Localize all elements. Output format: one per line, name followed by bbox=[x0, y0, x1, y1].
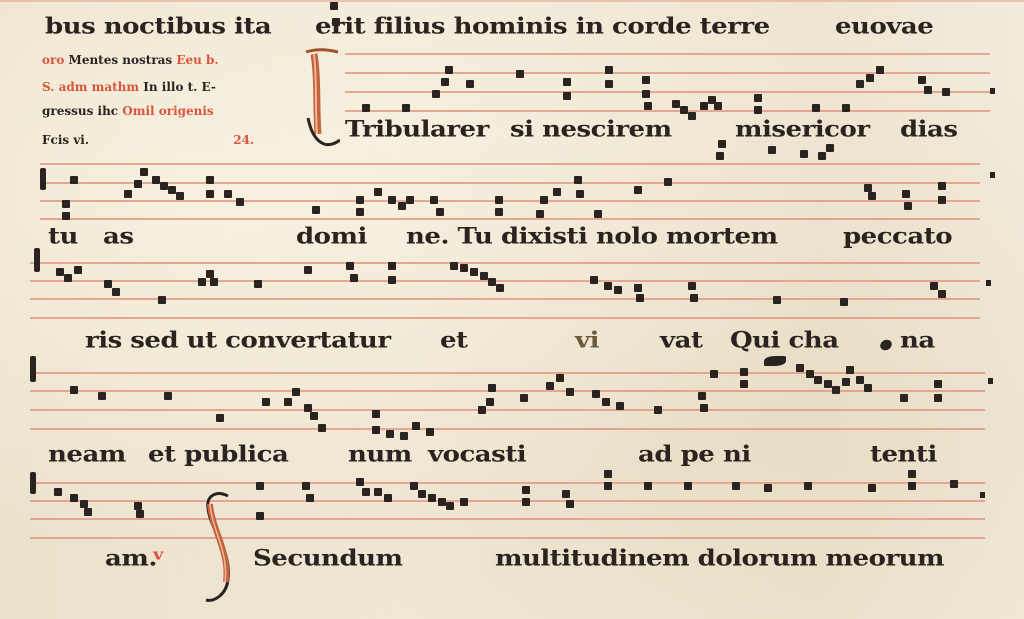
neume-note bbox=[418, 490, 426, 498]
neume-note bbox=[62, 200, 70, 208]
neume-note bbox=[590, 276, 598, 284]
neume-note bbox=[478, 406, 486, 414]
neume-note bbox=[576, 190, 584, 198]
neume-note bbox=[388, 262, 396, 270]
staff-line bbox=[345, 110, 990, 112]
neume-note bbox=[688, 112, 696, 120]
neume-note bbox=[714, 102, 722, 110]
neume-note bbox=[864, 184, 872, 192]
neume-note bbox=[362, 104, 370, 112]
neume-note bbox=[605, 80, 613, 88]
neume-note bbox=[304, 266, 312, 274]
neume-note bbox=[256, 482, 264, 490]
neume-note bbox=[868, 192, 876, 200]
neume-note bbox=[740, 380, 748, 388]
neume-note bbox=[70, 386, 78, 394]
neume-note bbox=[356, 478, 364, 486]
neume-note bbox=[904, 202, 912, 210]
neume-note bbox=[732, 482, 740, 490]
staff-line bbox=[40, 218, 980, 220]
neume-note bbox=[312, 206, 320, 214]
neume-note bbox=[642, 76, 650, 84]
neume-note bbox=[372, 426, 380, 434]
neume-note bbox=[406, 196, 414, 204]
neume-note bbox=[616, 402, 624, 410]
neume-note bbox=[372, 410, 380, 418]
neume-note bbox=[876, 66, 884, 74]
neume-note bbox=[698, 392, 706, 400]
neume-note bbox=[842, 104, 850, 112]
custos-5 bbox=[980, 492, 985, 498]
staff-line bbox=[30, 372, 985, 374]
staff-line bbox=[30, 500, 985, 502]
neume-note bbox=[176, 192, 184, 200]
neume-note bbox=[346, 262, 354, 270]
neume-note bbox=[930, 282, 938, 290]
neume-note bbox=[644, 102, 652, 110]
manuscript-page: bus noctibus ita erit filius hominis in … bbox=[0, 0, 1024, 619]
neume-note bbox=[520, 394, 528, 402]
c-clef-5 bbox=[30, 472, 36, 494]
neume-note bbox=[824, 380, 832, 388]
neume-note bbox=[574, 176, 582, 184]
neume-note bbox=[388, 196, 396, 204]
rubric-line-1: oro Mentes nostras Eeu b. bbox=[42, 53, 219, 67]
neume-note bbox=[284, 398, 292, 406]
neume-note bbox=[562, 490, 570, 498]
staff-line bbox=[30, 409, 985, 411]
neume-note bbox=[856, 80, 864, 88]
neume-note bbox=[938, 290, 946, 298]
neume-note bbox=[566, 500, 574, 508]
staff-line bbox=[30, 428, 985, 430]
neume-note bbox=[152, 176, 160, 184]
neume-note bbox=[710, 370, 718, 378]
neume-note bbox=[842, 378, 850, 386]
staff-line bbox=[40, 200, 980, 202]
neume-note bbox=[104, 280, 112, 288]
neume-note bbox=[318, 424, 326, 432]
staff-line bbox=[30, 298, 980, 300]
neume-note bbox=[495, 208, 503, 216]
neume-note bbox=[460, 498, 468, 506]
custos-3 bbox=[986, 280, 991, 286]
neume-note bbox=[158, 296, 166, 304]
neume-note bbox=[495, 196, 503, 204]
neume-note bbox=[432, 90, 440, 98]
custos-1 bbox=[990, 88, 995, 94]
neume-note bbox=[402, 104, 410, 112]
staff-line bbox=[30, 280, 980, 282]
neume-note bbox=[356, 196, 364, 204]
neume-note bbox=[262, 398, 270, 406]
neume-note bbox=[466, 80, 474, 88]
neume-note bbox=[441, 78, 449, 86]
neume-note bbox=[428, 494, 436, 502]
neume-note bbox=[350, 274, 358, 282]
neume-note bbox=[210, 278, 218, 286]
staff-line bbox=[345, 91, 990, 93]
staff-line bbox=[345, 53, 990, 55]
staff-line bbox=[30, 262, 980, 264]
neume-note bbox=[198, 278, 206, 286]
neume-note bbox=[140, 168, 148, 176]
neume-note bbox=[826, 144, 834, 152]
neume-note bbox=[604, 282, 612, 290]
neume-note bbox=[934, 394, 942, 402]
neume-note bbox=[700, 404, 708, 412]
neume-note bbox=[522, 498, 530, 506]
neume-note bbox=[446, 502, 454, 510]
neume-note bbox=[430, 196, 438, 204]
neume-note bbox=[614, 286, 622, 294]
ink-blot-2 bbox=[878, 338, 893, 353]
neume-note bbox=[804, 482, 812, 490]
neume-note bbox=[644, 482, 652, 490]
neume-note bbox=[134, 180, 142, 188]
neume-note bbox=[488, 278, 496, 286]
rubric-line-4: Fcis vi. 24. bbox=[42, 133, 254, 147]
c-clef-4 bbox=[30, 356, 36, 382]
neume-note bbox=[908, 470, 916, 478]
neume-note bbox=[516, 70, 524, 78]
neume-note bbox=[563, 78, 571, 86]
neume-note bbox=[388, 276, 396, 284]
neume-note bbox=[636, 294, 644, 302]
staff-line bbox=[345, 72, 990, 74]
neume-note bbox=[605, 66, 613, 74]
neume-note bbox=[754, 94, 762, 102]
neume-note bbox=[664, 178, 672, 186]
neume-note bbox=[654, 406, 662, 414]
neume-note bbox=[386, 430, 394, 438]
neume-note bbox=[450, 262, 458, 270]
staff-line bbox=[30, 390, 985, 392]
custos-2 bbox=[990, 172, 995, 178]
neume-note bbox=[168, 186, 176, 194]
neume-note bbox=[374, 188, 382, 196]
neume-note bbox=[642, 90, 650, 98]
neume-note bbox=[480, 272, 488, 280]
neume-note bbox=[112, 288, 120, 296]
neume-note bbox=[124, 190, 132, 198]
neume-note bbox=[56, 268, 64, 276]
neume-note bbox=[800, 150, 808, 158]
versicle-mark: v bbox=[153, 546, 163, 564]
neume-note bbox=[840, 298, 848, 306]
neume-note bbox=[98, 392, 106, 400]
neume-note bbox=[556, 374, 564, 382]
staff-line bbox=[30, 537, 985, 539]
neume-note bbox=[938, 196, 946, 204]
neume-note bbox=[866, 74, 874, 82]
neume-note bbox=[900, 394, 908, 402]
neume-note bbox=[70, 494, 78, 502]
neume-note bbox=[818, 152, 826, 160]
neume-note bbox=[604, 482, 612, 490]
neume-note bbox=[942, 88, 950, 96]
neume-note bbox=[362, 488, 370, 496]
neume-note bbox=[832, 386, 840, 394]
neume-note bbox=[592, 390, 600, 398]
decorated-initial-S bbox=[198, 490, 238, 605]
neume-note bbox=[302, 482, 310, 490]
rubric-line-2: S. adm mathm In illo t. E- bbox=[42, 80, 216, 94]
neume-note bbox=[426, 428, 434, 436]
staff-line bbox=[40, 182, 980, 184]
neume-note bbox=[486, 398, 494, 406]
neume-note bbox=[206, 190, 214, 198]
neume-note bbox=[216, 414, 224, 422]
neume-note bbox=[80, 500, 88, 508]
neume-note bbox=[224, 190, 232, 198]
custos-4 bbox=[988, 378, 993, 384]
neume-note bbox=[136, 510, 144, 518]
neume-note bbox=[856, 376, 864, 384]
neume-note bbox=[846, 366, 854, 374]
neume-note bbox=[814, 376, 822, 384]
top-ruling bbox=[0, 0, 1024, 2]
neume-note bbox=[934, 380, 942, 388]
neume-note bbox=[812, 104, 820, 112]
neume-note bbox=[634, 186, 642, 194]
ink-blot bbox=[764, 356, 786, 366]
staff-line bbox=[30, 317, 980, 319]
neume-note bbox=[553, 188, 561, 196]
neume-note bbox=[460, 264, 468, 272]
neume-note bbox=[70, 176, 78, 184]
header-word-1: bus noctibus ita bbox=[45, 14, 271, 40]
neume-note bbox=[445, 66, 453, 74]
neume-note bbox=[74, 266, 82, 274]
neume-note bbox=[306, 494, 314, 502]
neume-note bbox=[374, 488, 382, 496]
neume-note bbox=[332, 18, 340, 26]
neume-note bbox=[356, 208, 364, 216]
neume-note bbox=[438, 498, 446, 506]
neume-note bbox=[398, 202, 406, 210]
neume-note bbox=[488, 384, 496, 392]
neume-note bbox=[206, 176, 214, 184]
neume-note bbox=[634, 284, 642, 292]
neume-note bbox=[594, 210, 602, 218]
neume-note bbox=[54, 488, 62, 496]
neume-note bbox=[938, 182, 946, 190]
c-clef-2 bbox=[40, 168, 46, 190]
neume-note bbox=[496, 284, 504, 292]
neume-note bbox=[206, 270, 214, 278]
decorated-initial-T bbox=[300, 48, 340, 148]
neume-note bbox=[410, 482, 418, 490]
neume-note bbox=[522, 486, 530, 494]
neume-note bbox=[384, 494, 392, 502]
neume-note bbox=[690, 294, 698, 302]
rubric-line-3: gressus ihc Omil origenis bbox=[42, 104, 214, 118]
neume-note bbox=[718, 140, 726, 148]
neume-note bbox=[672, 100, 680, 108]
neume-note bbox=[563, 92, 571, 100]
neume-note bbox=[700, 102, 708, 110]
neume-note bbox=[864, 384, 872, 392]
staff-line bbox=[30, 518, 985, 520]
neume-note bbox=[134, 502, 142, 510]
neume-note bbox=[918, 76, 926, 84]
staff-line bbox=[30, 482, 985, 484]
neume-note bbox=[330, 2, 338, 10]
neume-note bbox=[254, 280, 262, 288]
neume-note bbox=[754, 106, 762, 114]
neume-note bbox=[292, 388, 300, 396]
neume-note bbox=[470, 268, 478, 276]
staff-line bbox=[40, 163, 980, 165]
neume-note bbox=[773, 296, 781, 304]
neume-note bbox=[950, 480, 958, 488]
header-word-3: euovae bbox=[835, 14, 933, 40]
neume-note bbox=[304, 404, 312, 412]
neume-note bbox=[902, 190, 910, 198]
neume-note bbox=[908, 482, 916, 490]
neume-note bbox=[806, 370, 814, 378]
neume-note bbox=[602, 398, 610, 406]
header-word-2: erit filius hominis in corde terre bbox=[315, 14, 770, 40]
neume-note bbox=[412, 422, 420, 430]
neume-note bbox=[62, 212, 70, 220]
neume-note bbox=[604, 470, 612, 478]
neume-note bbox=[536, 210, 544, 218]
neume-note bbox=[768, 146, 776, 154]
neume-note bbox=[740, 368, 748, 376]
neume-note bbox=[400, 432, 408, 440]
neume-note bbox=[684, 482, 692, 490]
neume-note bbox=[764, 484, 772, 492]
neume-note bbox=[546, 382, 554, 390]
neume-note bbox=[160, 182, 168, 190]
neume-note bbox=[680, 106, 688, 114]
neume-note bbox=[436, 208, 444, 216]
neume-note bbox=[566, 388, 574, 396]
neume-note bbox=[688, 282, 696, 290]
neume-note bbox=[84, 508, 92, 516]
neume-note bbox=[540, 196, 548, 204]
neume-note bbox=[256, 512, 264, 520]
neume-note bbox=[796, 364, 804, 372]
neume-note bbox=[868, 484, 876, 492]
neume-note bbox=[64, 274, 72, 282]
neume-note bbox=[924, 86, 932, 94]
c-clef-3 bbox=[34, 248, 40, 272]
neume-note bbox=[716, 152, 724, 160]
neume-note bbox=[310, 412, 318, 420]
neume-note bbox=[164, 392, 172, 400]
neume-note bbox=[236, 198, 244, 206]
